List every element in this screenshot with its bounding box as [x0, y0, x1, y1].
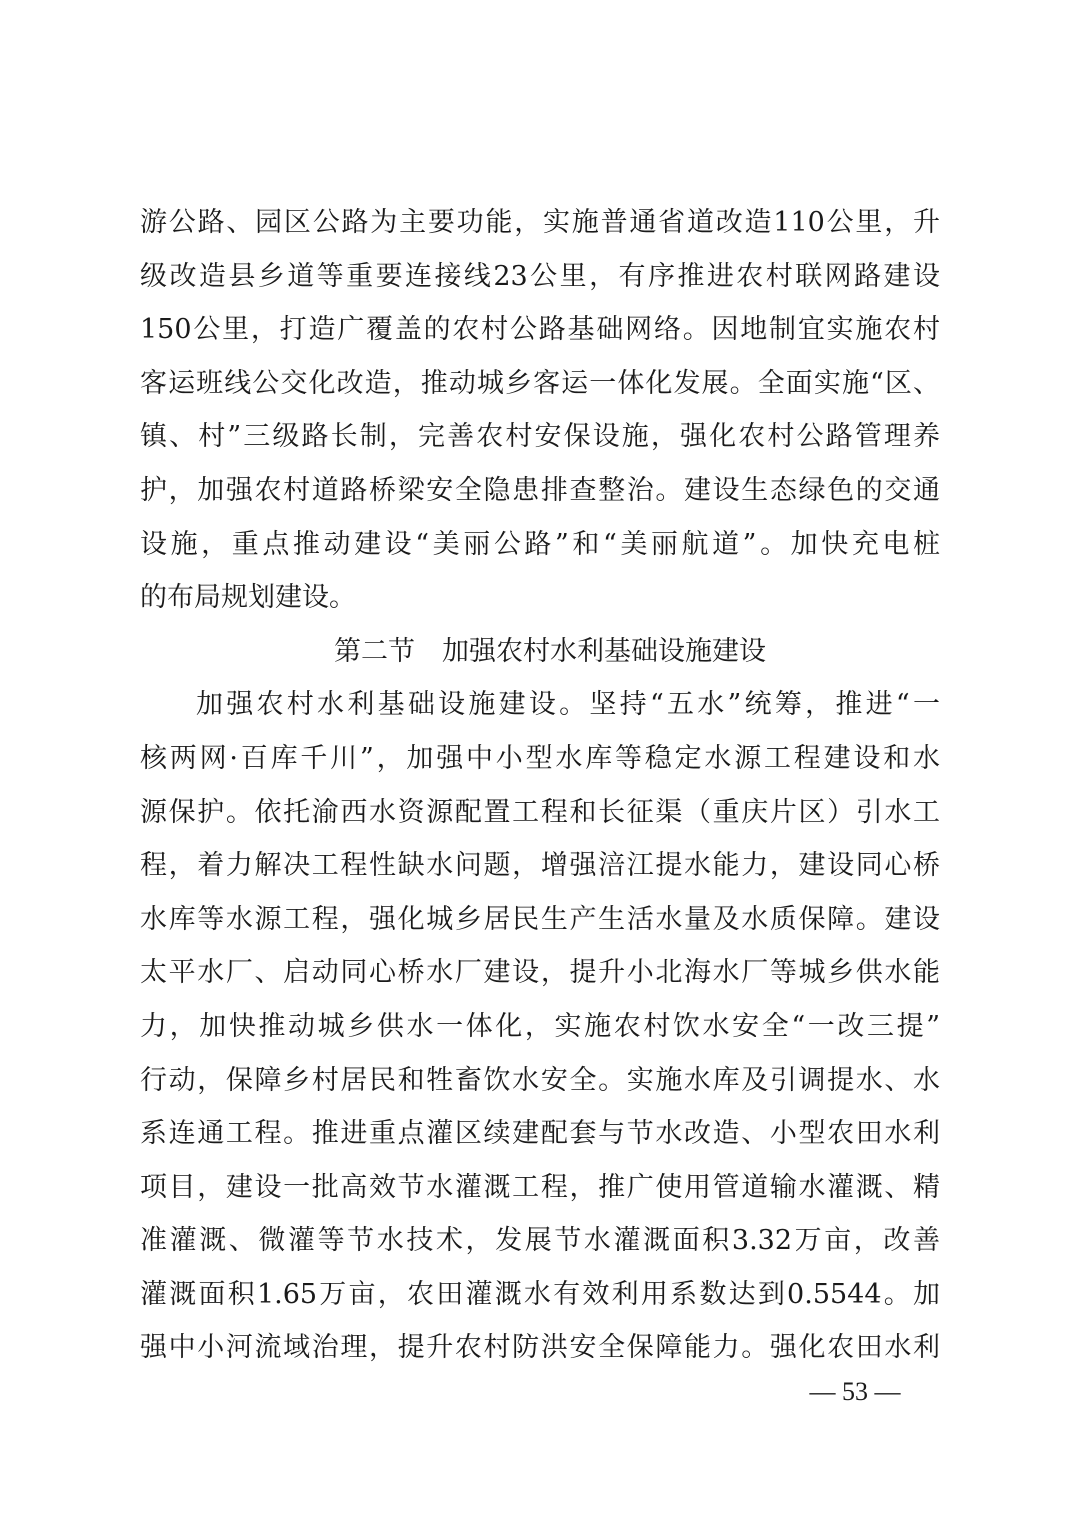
text-line: 水库等水源工程，强化城乡居民生产生活水量及水质保障。建设	[140, 893, 940, 947]
text-line: 150公里，打造广覆盖的农村公路基础网络。因地制宜实施农村	[140, 303, 940, 357]
document-page: 游公路、园区公路为主要功能，实施普通省道改造110公里，升 级改造县乡道等重要连…	[0, 0, 1074, 1520]
text-line: 行动，保障乡村居民和牲畜饮水安全。实施水库及引调提水、水	[140, 1054, 940, 1108]
text-line: 程，着力解决工程性缺水问题，增强涪江提水能力，建设同心桥	[140, 839, 940, 893]
text-line: 灌溉面积1.65万亩，农田灌溉水有效利用系数达到0.5544。加	[140, 1268, 940, 1322]
text-line: 设施，重点推动建设“美丽公路”和“美丽航道”。加快充电桩	[140, 518, 940, 572]
text-line: 强中小河流域治理，提升农村防洪安全保障能力。强化农田水利	[140, 1321, 940, 1375]
text-line: 项目，建设一批高效节水灌溉工程，推广使用管道输水灌溉、精	[140, 1161, 940, 1215]
text-line: 游公路、园区公路为主要功能，实施普通省道改造110公里，升	[140, 196, 940, 250]
text-line: 准灌溉、微灌等节水技术，发展节水灌溉面积3.32万亩，改善	[140, 1214, 940, 1268]
text-line: 级改造县乡道等重要连接线23公里，有序推进农村联网路建设	[140, 250, 940, 304]
text-line: 护，加强农村道路桥梁安全隐患排查整治。建设生态绿色的交通	[140, 464, 940, 518]
text-line: 源保护。依托渝西水资源配置工程和长征渠（重庆片区）引水工	[140, 786, 940, 840]
body-text: 游公路、园区公路为主要功能，实施普通省道改造110公里，升 级改造县乡道等重要连…	[140, 196, 940, 1375]
text-line: 加强农村水利基础设施建设。坚持“五水”统筹，推进“一	[140, 678, 940, 732]
text-line: 系连通工程。推进重点灌区续建配套与节水改造、小型农田水利	[140, 1107, 940, 1161]
text-line: 镇、村”三级路长制，完善农村安保设施，强化农村公路管理养	[140, 410, 940, 464]
text-line: 的布局规划建设。	[140, 571, 940, 625]
section-heading: 第二节 加强农村水利基础设施建设	[140, 625, 940, 679]
text-line: 客运班线公交化改造，推动城乡客运一体化发展。全面实施“区、	[140, 357, 940, 411]
text-line: 太平水厂、启动同心桥水厂建设，提升小北海水厂等城乡供水能	[140, 946, 940, 1000]
text-line: 核两网·百库千川”，加强中小型水库等稳定水源工程建设和水	[140, 732, 940, 786]
page-number: — 53 —	[800, 1377, 910, 1407]
text-line: 力，加快推动城乡供水一体化，实施农村饮水安全“一改三提”	[140, 1000, 940, 1054]
